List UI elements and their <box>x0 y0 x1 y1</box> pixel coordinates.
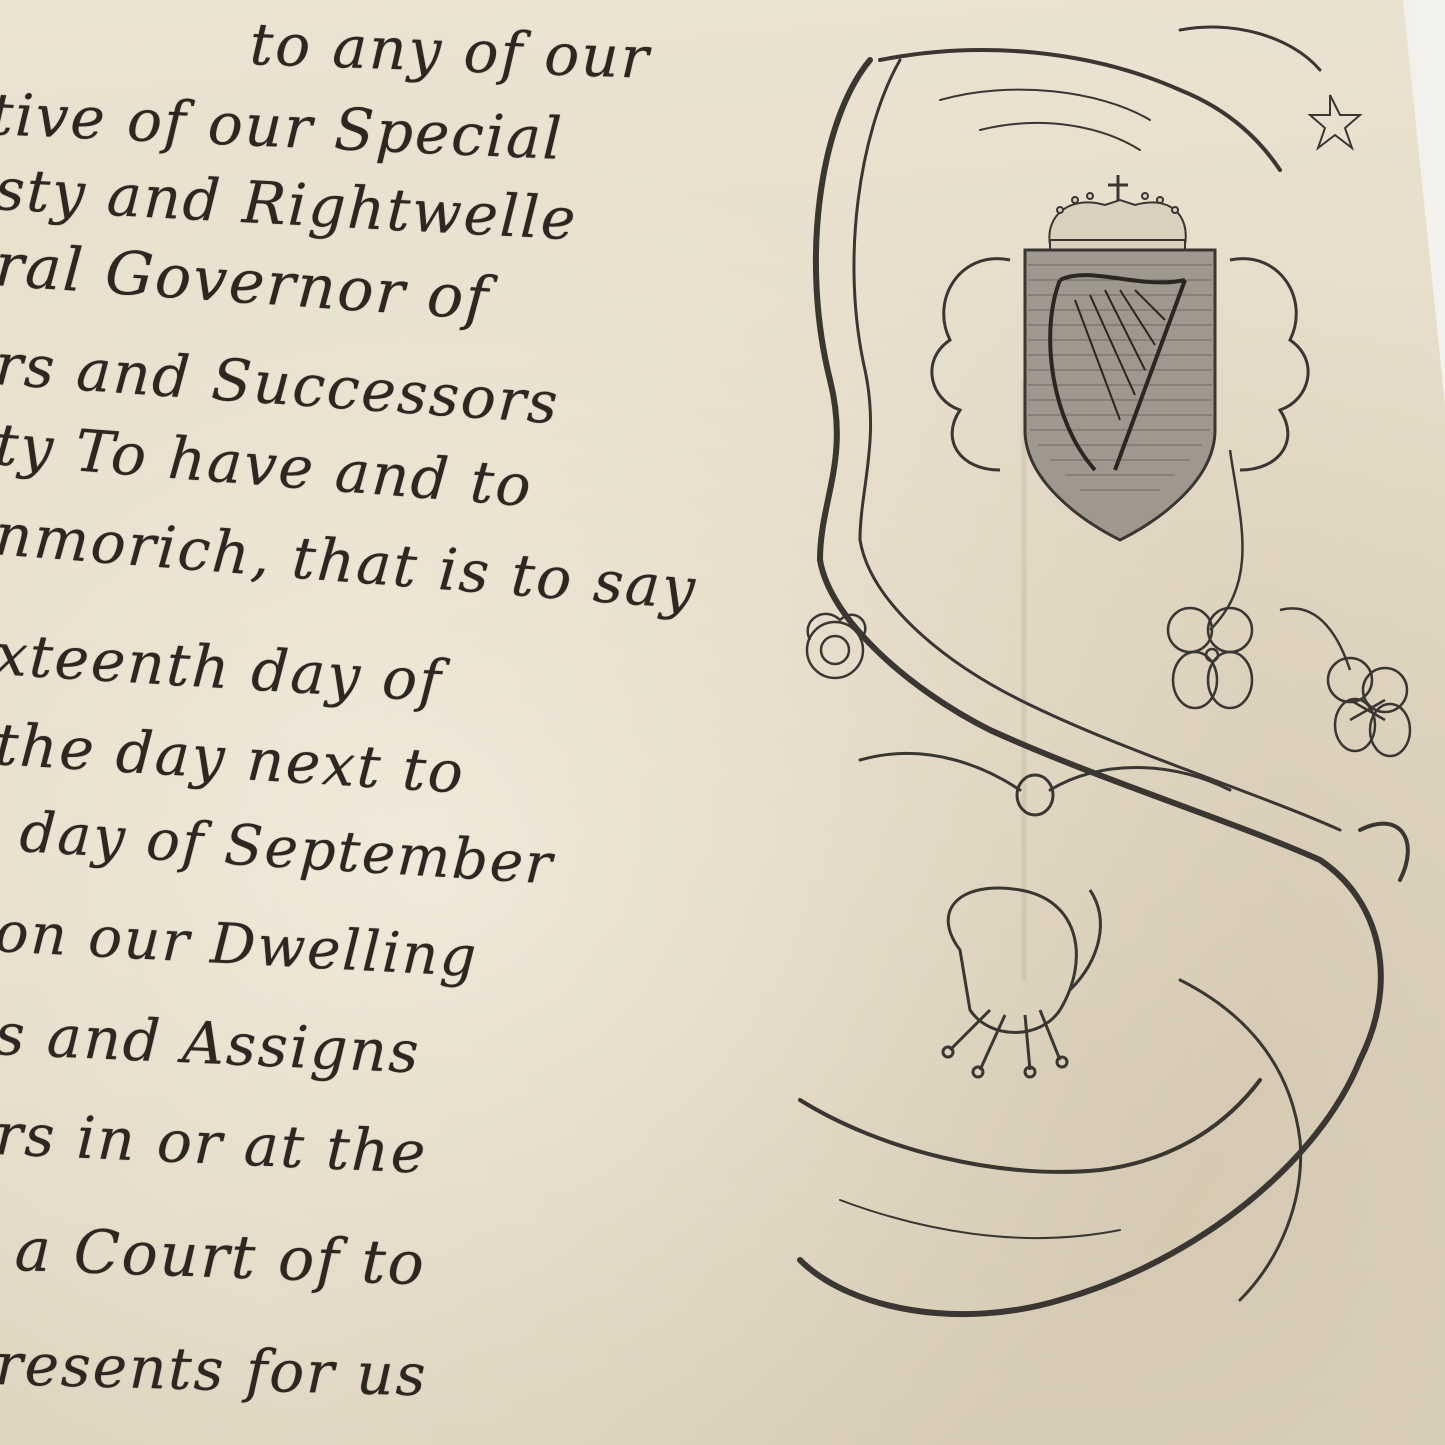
text-line: nmorich, that is to say <box>0 500 699 623</box>
pansy-icon <box>1328 658 1410 756</box>
text-line: the day next to <box>0 710 467 807</box>
text-line: xteenth day of <box>0 620 445 715</box>
text-line: to any of our <box>249 10 652 92</box>
handwritten-text: to any of our tive of our Special sty an… <box>0 0 860 1445</box>
text-line: day of September <box>18 800 556 898</box>
star-flower-icon <box>1310 95 1360 148</box>
lily-icon <box>943 888 1100 1077</box>
text-line: on our Dwelling <box>0 900 480 990</box>
text-line: resents for us <box>0 1330 428 1409</box>
crown-icon <box>1049 175 1185 254</box>
pansy-icon <box>1168 608 1252 708</box>
text-line: s and Assigns <box>0 1000 422 1087</box>
engraved-initial-s <box>760 0 1445 1445</box>
text-line: rs in or at the <box>0 1100 429 1187</box>
text-line: ral Governor of <box>0 230 492 334</box>
rose-icon <box>807 614 865 678</box>
text-line: a Court of to <box>14 1215 427 1299</box>
harp-shield-icon <box>1025 250 1215 540</box>
